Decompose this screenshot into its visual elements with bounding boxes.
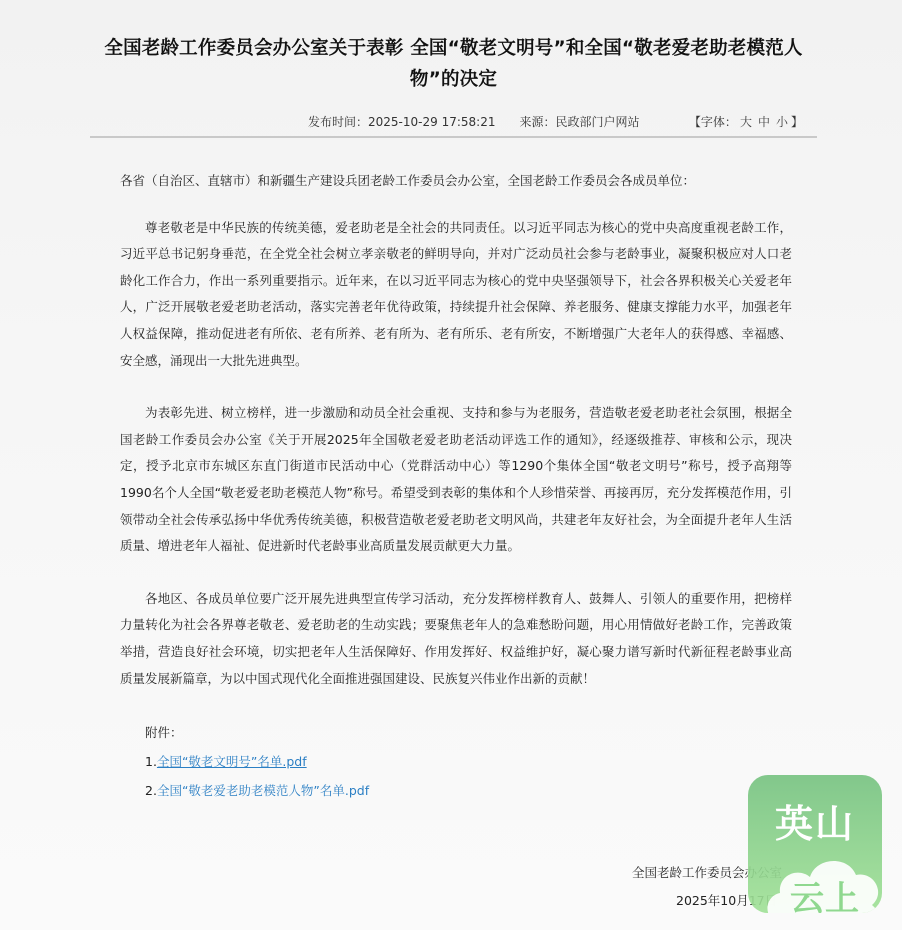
paragraph-2: 为表彰先进、树立榜样，进一步激励和动员全社会重视、支持和参与为老服务，营造敬老爱… bbox=[120, 400, 792, 560]
header-divider bbox=[90, 136, 817, 138]
attachment-item: 2.全国“敬老爱老助老模范人物”名单.pdf bbox=[145, 776, 792, 805]
attachments-label: 附件： bbox=[145, 718, 792, 747]
attachment-item: 1.全国“敬老文明号”名单.pdf bbox=[145, 747, 792, 776]
attachments: 附件： 1.全国“敬老文明号”名单.pdf 2.全国“敬老爱老助老模范人物”名单… bbox=[120, 718, 792, 805]
article-title: 全国老龄工作委员会办公室关于表彰 全国“敬老文明号”和全国“敬老爱老助老模范人物… bbox=[90, 0, 817, 95]
attachment-index: 2. bbox=[145, 783, 157, 798]
salutation: 各省（自治区、直辖市）和新疆生产建设兵团老龄工作委员会办公室，全国老龄工作委员会… bbox=[120, 168, 792, 195]
attachment-index: 1. bbox=[145, 754, 157, 769]
font-size-small-button[interactable]: 小 bbox=[776, 115, 788, 129]
attachment-link-2[interactable]: 全国“敬老爱老助老模范人物”名单.pdf bbox=[157, 783, 369, 798]
publish-info: 发布时间：2025-10-29 17:58:21来源：民政部门户网站 bbox=[308, 113, 646, 130]
paragraph-1: 尊老敬老是中华民族的传统美德，爱老助老是全社会的共同责任。以习近平同志为核心的党… bbox=[120, 215, 792, 375]
article-meta: 发布时间：2025-10-29 17:58:21来源：民政部门户网站 【字体：大… bbox=[90, 111, 817, 131]
font-size-large-button[interactable]: 大 bbox=[740, 115, 752, 129]
watermark-top-text: 英山 bbox=[748, 793, 882, 848]
paragraph-3: 各地区、各成员单位要广泛开展先进典型宣传学习活动，充分发挥榜样教育人、鼓舞人、引… bbox=[120, 586, 792, 692]
publish-label: 发布时间： bbox=[308, 115, 368, 129]
font-size-medium-button[interactable]: 中 bbox=[758, 115, 770, 129]
font-size-control: 【字体：大中小】 bbox=[689, 113, 803, 130]
source-value: 民政部门户网站 bbox=[555, 115, 639, 129]
publish-time: 2025-10-29 17:58:21 bbox=[368, 115, 495, 129]
watermark-logo: 英山 云上 bbox=[748, 775, 882, 913]
font-size-label: 【字体： bbox=[689, 115, 737, 129]
font-size-bracket-close: 】 bbox=[791, 115, 803, 129]
attachment-link-1[interactable]: 全国“敬老文明号”名单.pdf bbox=[157, 754, 307, 769]
article-container: 全国老龄工作委员会办公室关于表彰 全国“敬老文明号”和全国“敬老爱老助老模范人物… bbox=[90, 0, 817, 131]
watermark-bottom-text: 云上 bbox=[770, 871, 880, 913]
source-label: 来源： bbox=[519, 115, 555, 129]
article-body: 各省（自治区、直辖市）和新疆生产建设兵团老龄工作委员会办公室，全国老龄工作委员会… bbox=[120, 168, 792, 805]
